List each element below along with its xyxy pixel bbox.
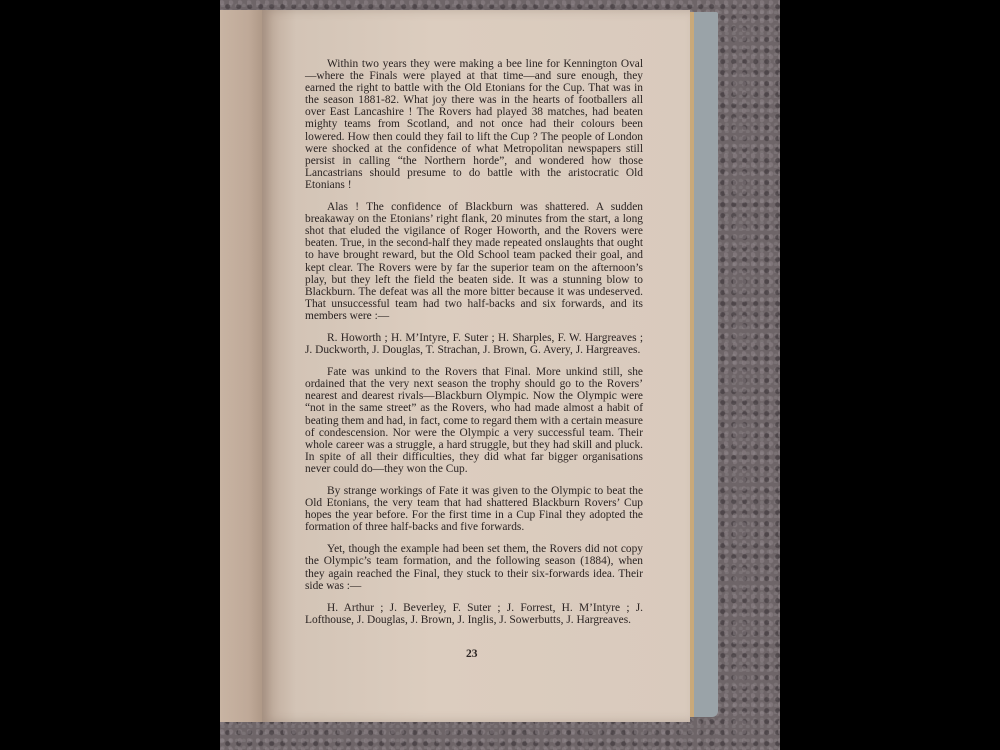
team-roster-1884: H. Arthur ; J. Beverley, F. Suter ; J. F… xyxy=(305,602,643,626)
paragraph-alas: Alas ! The confidence of Blackburn was s… xyxy=(305,201,643,322)
paragraph-strange-workings: By strange workings of Fate it was given… xyxy=(305,485,643,533)
paragraph-yet-though: Yet, though the example had been set the… xyxy=(305,543,643,591)
page-number: 23 xyxy=(466,648,478,660)
left-page-edge xyxy=(220,10,268,722)
book-cover-edge xyxy=(688,12,718,717)
team-roster-1882: R. Howorth ; H. M’Intyre, F. Suter ; H. … xyxy=(305,332,643,356)
paragraph-fate-unkind: Fate was unkind to the Rovers that Final… xyxy=(305,366,643,475)
paragraph-kennington-oval: Within two years they were making a bee … xyxy=(305,58,643,191)
page-text: Within two years they were making a bee … xyxy=(305,58,643,636)
